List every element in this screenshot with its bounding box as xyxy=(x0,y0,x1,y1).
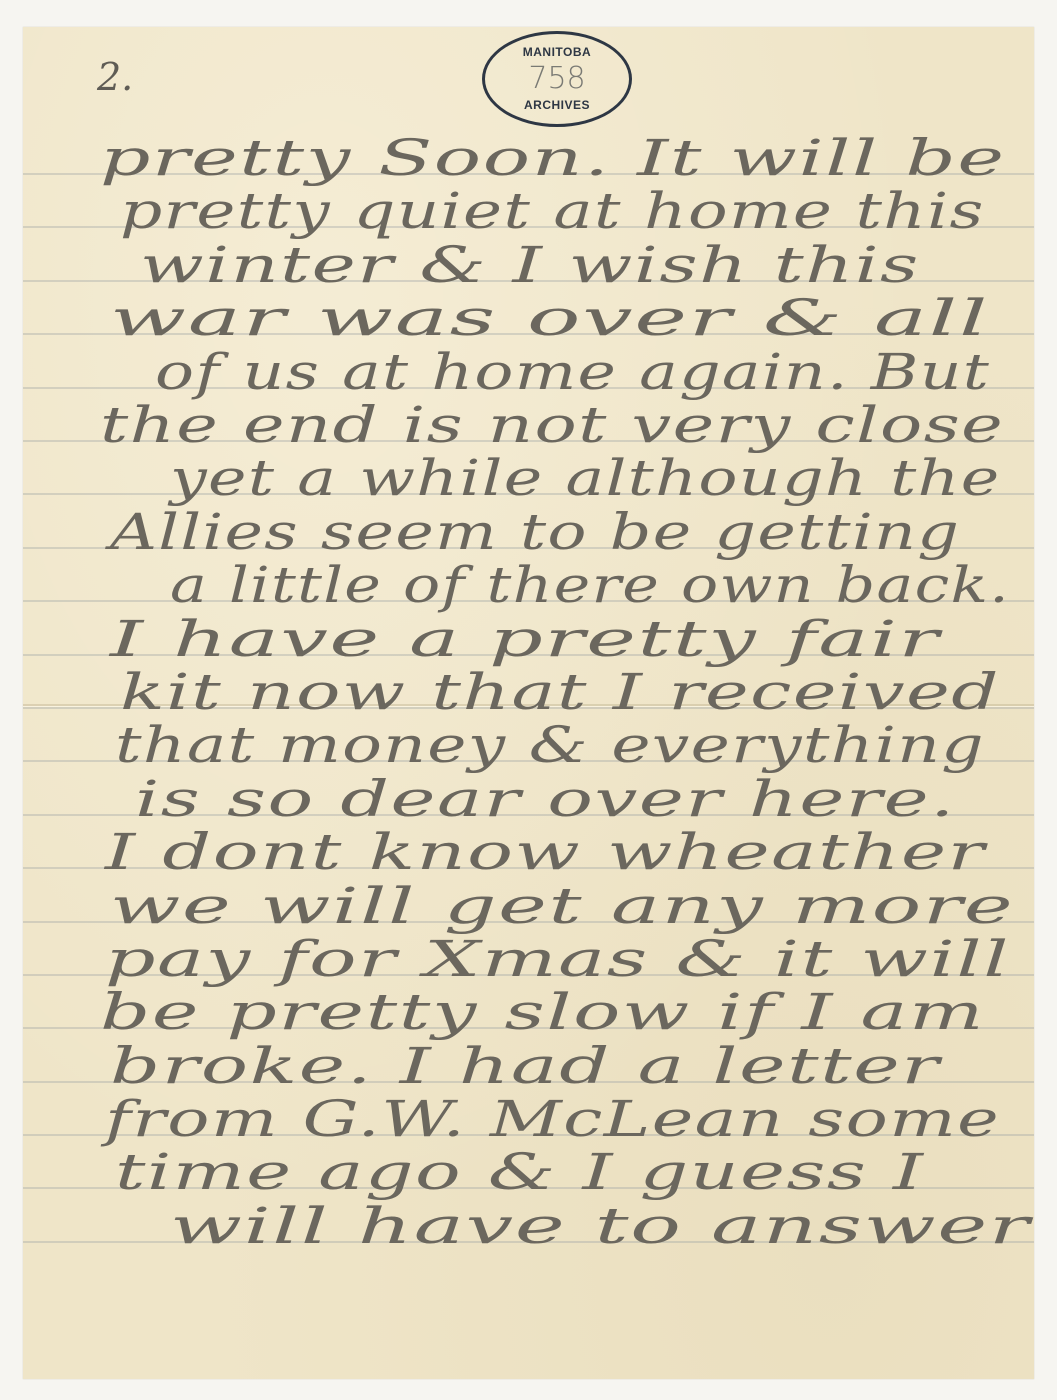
stamp-top-text: MANITOBA xyxy=(485,45,629,59)
handwritten-line: is so dear over here. xyxy=(135,774,956,824)
handwritten-line: a little of there own back. xyxy=(170,560,1010,610)
handwritten-line: that money & everything xyxy=(115,720,985,770)
handwritten-line: the end is not very close xyxy=(100,400,1004,450)
handwritten-line: pay for Xmas & it will xyxy=(105,934,1010,984)
handwritten-line: broke. I had a letter xyxy=(110,1041,940,1091)
handwritten-line: time ago & I guess I xyxy=(115,1147,924,1197)
handwritten-line: will have to answer xyxy=(170,1201,1031,1251)
stamp-bottom-text: ARCHIVES xyxy=(485,98,629,112)
handwritten-line: of us at home again. But xyxy=(155,347,990,397)
stamp-number: 758 xyxy=(485,61,629,96)
archives-stamp: MANITOBA 758 ARCHIVES xyxy=(482,31,632,127)
handwritten-line: pretty Soon. It will be xyxy=(100,133,1005,183)
handwritten-line: kit now that I received xyxy=(120,667,1000,717)
handwritten-line: war was over & all xyxy=(110,293,989,343)
handwritten-line: we will get any more xyxy=(110,881,1014,931)
handwritten-line: winter & I wish this xyxy=(140,240,920,290)
handwritten-line: I have a pretty fair xyxy=(110,614,940,664)
page-number: 2. xyxy=(97,55,133,99)
handwritten-line: Allies seem to be getting xyxy=(110,507,960,557)
handwritten-line: be pretty slow if I am xyxy=(100,987,985,1037)
handwritten-line: from G.W. McLean some xyxy=(105,1094,1000,1144)
letter-page: 2. MANITOBA 758 ARCHIVES pretty Soon. It… xyxy=(23,27,1034,1379)
handwritten-line: yet a while although the xyxy=(170,453,1001,503)
handwritten-line: pretty quiet at home this xyxy=(120,186,985,236)
handwritten-line: I dont know wheather xyxy=(105,827,986,877)
